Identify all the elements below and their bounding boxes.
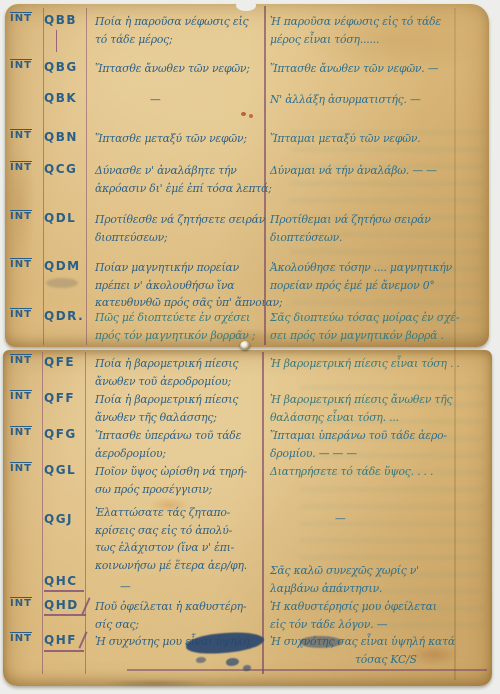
question-line: Δύνασθε ν' ἀναλάβητε τήν xyxy=(95,162,263,180)
answer-cell: Ἡ παροῦσα νέφωσις εἰς τό τάδε μέρος εἶνα… xyxy=(270,13,492,48)
q-code: QDM xyxy=(44,259,81,273)
answer-cell: Ἵπταμαι ὑπεράνω τοῦ τάδε ἀερο- δρομίου. … xyxy=(270,427,492,462)
answer-cell: Δύναμαι νά τήν ἀναλάβω. — — xyxy=(270,162,492,180)
question-line: Ποίαν μαγνητικήν πορείαν xyxy=(95,259,263,277)
answer-cell: Προτίθεμαι νά ζητήσω σειράν διοπτεύσεων. xyxy=(270,211,492,246)
q-code: QCG xyxy=(44,162,77,176)
question-line: σίς σας; xyxy=(95,616,263,634)
punch-hole xyxy=(240,341,250,350)
pencil-underline xyxy=(44,590,84,592)
answer-cell: Ἡ βαρομετρική πίεσις ἄνωθεν τῆς θαλάσσης… xyxy=(270,391,492,426)
pencil-underline xyxy=(44,650,84,652)
question-line: ἄνωθεν τῆς θαλάσσης; xyxy=(95,409,263,427)
answer-divider-rule xyxy=(264,6,266,345)
question-cell: Ποία ἡ βαρομετρική πίεσις ἄνωθεν τοῦ ἀερ… xyxy=(95,355,263,390)
answer-line: θαλάσσης εἶναι τόση. ... xyxy=(270,409,492,427)
answer-line: Δύναμαι νά τήν ἀναλάβω. — — xyxy=(270,162,492,180)
question-cell: Προτίθεσθε νά ζητήσετε σειράν διοπτεύσεω… xyxy=(95,211,263,246)
question-cell: — xyxy=(95,91,263,109)
answer-line: Ἵπτασθε ἄνωθεν τῶν νεφῶν. — xyxy=(270,60,492,78)
q-code: QHF xyxy=(44,633,77,647)
q-code: QHD xyxy=(44,598,79,612)
q-code: QBB xyxy=(44,13,77,27)
answer-line: — xyxy=(270,504,492,528)
question-cell: — xyxy=(95,578,263,596)
question-line: Ἵπτασθε ὑπεράνω τοῦ τάδε xyxy=(95,427,263,445)
question-cell: Ἵπτασθε ὑπεράνω τοῦ τάδε ἀεροδρομίου; xyxy=(95,427,263,462)
scanned-qcode-card: { "document": { "kind": "Handwritten Gre… xyxy=(0,0,500,694)
question-cell: Πῶς μέ διοπτεύετε ἐν σχέσει πρός τόν μαγ… xyxy=(95,309,263,344)
question-line: Ἐλαττώσατε τάς ζηταπο- xyxy=(95,504,263,522)
q-code: QFE xyxy=(44,355,75,369)
question-cell: Δύνασθε ν' ἀναλάβητε τήν ἀκρόασιν δι' ἐμ… xyxy=(95,162,263,197)
interrogative-prefix: INT xyxy=(10,463,42,474)
answer-line: σει πρός τόν μαγνητικόν βορρᾶ . xyxy=(270,327,492,345)
q-code: QFG xyxy=(44,427,77,441)
question-cell: Ποία ἡ βαρομετρική πίεσις ἄνωθεν τῆς θαλ… xyxy=(95,391,263,426)
answer-line: τόσας KC/S xyxy=(270,651,492,669)
interrogative-prefix: INT xyxy=(10,633,42,644)
answer-line: λαμβάνω ἀπάντησιν. xyxy=(270,580,492,598)
answer-cell: Ἡ καθυστέρησίς μου ὀφείλεται εἰς τόν τάδ… xyxy=(270,598,492,633)
answer-cell: Ἀκολούθησε τόσην .... μαγνητικήν πορείαν… xyxy=(270,259,492,294)
interrogative-prefix: INT xyxy=(10,391,42,402)
question-line: κρίσεις σας εἰς τό ἀπολύ- xyxy=(95,522,263,540)
q-code: QFF xyxy=(44,391,75,405)
answer-line: Ἡ βαρομετρική πίεσις ἄνωθεν τῆς xyxy=(270,391,492,409)
answer-line: Προτίθεμαι νά ζητήσω σειράν xyxy=(270,211,492,229)
question-cell: Ἵπτασθε μεταξύ τῶν νεφῶν; xyxy=(95,130,263,148)
question-line: Ἵπτασθε ἄνωθεν τῶν νεφῶν; xyxy=(95,60,263,78)
question-cell: Ποίαν μαγνητικήν πορείαν πρέπει ν' ἀκολο… xyxy=(95,259,263,312)
answer-cell: Σᾶς διοπτεύω τόσας μοίρας ἐν σχέ- σει πρ… xyxy=(270,309,492,344)
interrogative-prefix: INT xyxy=(10,13,42,24)
answer-cell: Ν' ἀλλάξη ἀσυρματιστής. — xyxy=(270,91,492,109)
answer-cell: Διατηρήσετε τό τάδε ὕψος. . . . xyxy=(270,463,492,481)
bottom-rule xyxy=(127,669,487,671)
answer-line: μέρος εἶναι τόση...... xyxy=(270,31,492,49)
interrogative-prefix: INT xyxy=(10,130,42,141)
interrogative-prefix: INT xyxy=(10,162,42,173)
answer-line: διοπτεύσεων. xyxy=(270,229,492,247)
column-rule xyxy=(86,8,87,345)
answer-line: Σᾶς διοπτεύω τόσας μοίρας ἐν σχέ- xyxy=(270,309,492,327)
interrogative-prefix: INT xyxy=(10,598,42,609)
question-line: πρός τόν μαγνητικόν βορρᾶν ; xyxy=(95,327,263,345)
question-line: ἀκρόασιν δι' ἐμέ ἐπί τόσα λεπτά; xyxy=(95,180,263,198)
question-line: τως ἐλάχιστον (ἵνα ν' ἐπι- xyxy=(95,539,263,557)
pencil-underline xyxy=(44,614,86,616)
q-code: QDL xyxy=(44,211,76,225)
answer-cell: Σᾶς καλῶ συνεχῶς χωρίς ν' λαμβάνω ἀπάντη… xyxy=(270,562,492,597)
answer-line: Σᾶς καλῶ συνεχῶς χωρίς ν' xyxy=(270,562,492,580)
column-rule xyxy=(43,8,44,345)
interrogative-prefix: INT xyxy=(10,259,42,270)
question-cell: Ἵπτασθε ἄνωθεν τῶν νεφῶν; xyxy=(95,60,263,78)
question-line: Ποῦ ὀφείλεται ἡ καθυστέρη- xyxy=(95,598,263,616)
answer-line: δρομίου. — — — xyxy=(270,445,492,463)
q-code: QGL xyxy=(44,463,76,477)
answer-line: Ἵπταμαι μεταξύ τῶν νεφῶν. xyxy=(270,130,492,148)
question-line: Προτίθεσθε νά ζητήσετε σειράν xyxy=(95,211,263,229)
answer-line: Διατηρήσετε τό τάδε ὕψος. . . . xyxy=(270,463,492,481)
question-cell: Ποῖον ὕψος ὡρίσθη νά τηρή- σω πρός προσέ… xyxy=(95,463,263,498)
question-line: Ποία ἡ βαρομετρική πίεσις xyxy=(95,355,263,373)
answer-cell: Ἵπταμαι μεταξύ τῶν νεφῶν. xyxy=(270,130,492,148)
interrogative-prefix: INT xyxy=(10,355,42,366)
q-code: QGJ xyxy=(44,512,73,526)
answer-cell: — xyxy=(270,504,492,528)
question-line: Ποία ἡ βαρομετρική πίεσις xyxy=(95,391,263,409)
column-rule xyxy=(85,352,86,674)
q-code: QBN xyxy=(44,130,78,144)
edge-notch xyxy=(236,0,256,11)
answer-line: Ἡ καθυστέρησίς μου ὀφείλεται xyxy=(270,598,492,616)
question-line: — xyxy=(95,91,263,109)
question-line: Ποία ἡ παροῦσα νέφωσις εἰς xyxy=(95,13,263,31)
answer-line: εἰς τόν τάδε λόγον. — xyxy=(270,616,492,634)
answer-cell: Ἵπτασθε ἄνωθεν τῶν νεφῶν. — xyxy=(270,60,492,78)
question-line: τό τάδε μέρος; xyxy=(95,31,263,49)
answer-line: Ἵπταμαι ὑπεράνω τοῦ τάδε ἀερο- xyxy=(270,427,492,445)
q-code: QBK xyxy=(44,91,77,105)
interrogative-prefix: INT xyxy=(10,60,42,71)
question-cell: Ποῦ ὀφείλεται ἡ καθυστέρη- σίς σας; xyxy=(95,598,263,633)
interrogative-prefix: INT xyxy=(10,309,42,320)
answer-line: Ν' ἀλλάξη ἀσυρματιστής. — xyxy=(270,91,492,109)
question-line: — xyxy=(95,578,263,596)
question-line: Πῶς μέ διοπτεύετε ἐν σχέσει xyxy=(95,309,263,327)
question-line: σω πρός προσέγγισιν; xyxy=(95,481,263,499)
question-cell: Ἐλαττώσατε τάς ζηταπο- κρίσεις σας εἰς τ… xyxy=(95,504,263,574)
answer-line: πορείαν πρός ἐμέ μέ ἄνεμον 0° xyxy=(270,277,492,295)
q-code: QDR. xyxy=(44,309,84,323)
pencil-tick xyxy=(56,30,57,52)
question-line: διοπτεύσεων; xyxy=(95,229,263,247)
question-line: ἄνωθεν τοῦ ἀεροδρομίου; xyxy=(95,373,263,391)
q-code: QHC xyxy=(44,574,78,588)
answer-line: Ἀκολούθησε τόσην .... μαγνητικήν xyxy=(270,259,492,277)
interrogative-prefix: INT xyxy=(10,427,42,438)
question-line: Ποῖον ὕψος ὡρίσθη νά τηρή- xyxy=(95,463,263,481)
question-line: ἀεροδρομίου; xyxy=(95,445,263,463)
q-code: QBG xyxy=(44,60,78,74)
question-cell: Ποία ἡ παροῦσα νέφωσις εἰς τό τάδε μέρος… xyxy=(95,13,263,48)
answer-line: Ἡ βαρομετρική πίεσις εἶναι τόση . . xyxy=(270,355,492,373)
question-line: πρέπει ν' ἀκολουθήσω ἵνα xyxy=(95,277,263,295)
question-line: κοινωνήσω μέ ἕτερα ἀερ/φη. xyxy=(95,557,263,575)
answer-line: Ἡ παροῦσα νέφωσις εἰς τό τάδε xyxy=(270,13,492,31)
column-rule xyxy=(42,352,43,674)
question-line: Ἵπτασθε μεταξύ τῶν νεφῶν; xyxy=(95,130,263,148)
answer-cell: Ἡ βαρομετρική πίεσις εἶναι τόση . . xyxy=(270,355,492,373)
interrogative-prefix: INT xyxy=(10,211,42,222)
